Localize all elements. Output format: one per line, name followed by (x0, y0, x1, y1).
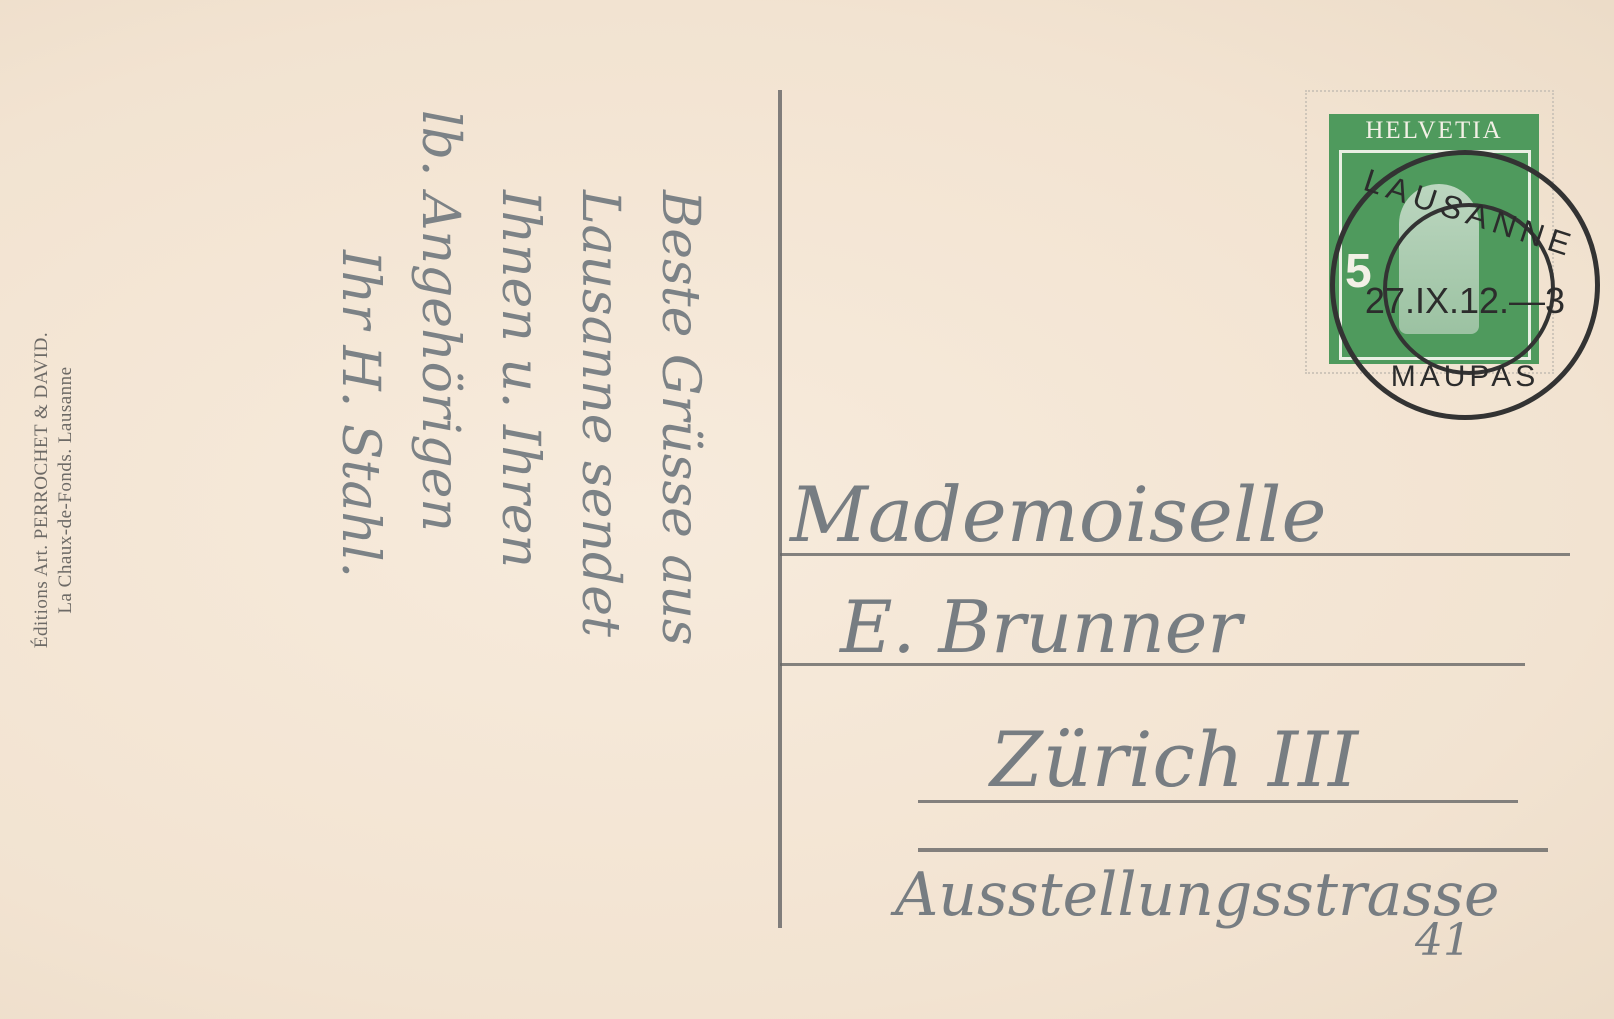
message-line: Ihnen u. Ihren (480, 50, 560, 990)
postcard-back: Éditions Art. PERROCHET & DAVID. La Chau… (0, 0, 1614, 1019)
publisher-line-1: Éditions Art. PERROCHET & DAVID. (30, 180, 54, 800)
publisher-line-2: La Chaux-de-Fonds. Lausanne (54, 180, 78, 800)
address-number: 41 (1415, 915, 1471, 966)
message-line: Lausanne sendet (560, 50, 640, 990)
handwritten-message: Beste Grüsse aus Lausanne sendet Ihnen u… (240, 50, 720, 990)
address-city: Zürich III (990, 715, 1358, 804)
stamp-country: HELVETIA (1329, 117, 1539, 145)
postmark-date: 27.IX.12.—3 (1335, 280, 1595, 322)
address-rule-4 (918, 848, 1548, 852)
publisher-imprint: Éditions Art. PERROCHET & DAVID. La Chau… (30, 180, 90, 800)
postmark: LAUSANNE 27.IX.12.—3 MAUPAS (1330, 150, 1600, 420)
address-salutation: Mademoiselle (790, 470, 1326, 559)
message-line: lb. Angehörigen (400, 50, 480, 990)
postmark-district: MAUPAS (1335, 360, 1595, 394)
message-signature: Ihr H. Stahl. (320, 50, 400, 990)
message-line: Beste Grüsse aus (640, 50, 720, 990)
address-name: E. Brunner (840, 585, 1242, 669)
center-divider (778, 90, 782, 928)
address-street: Ausstellungsstrasse (895, 860, 1499, 930)
